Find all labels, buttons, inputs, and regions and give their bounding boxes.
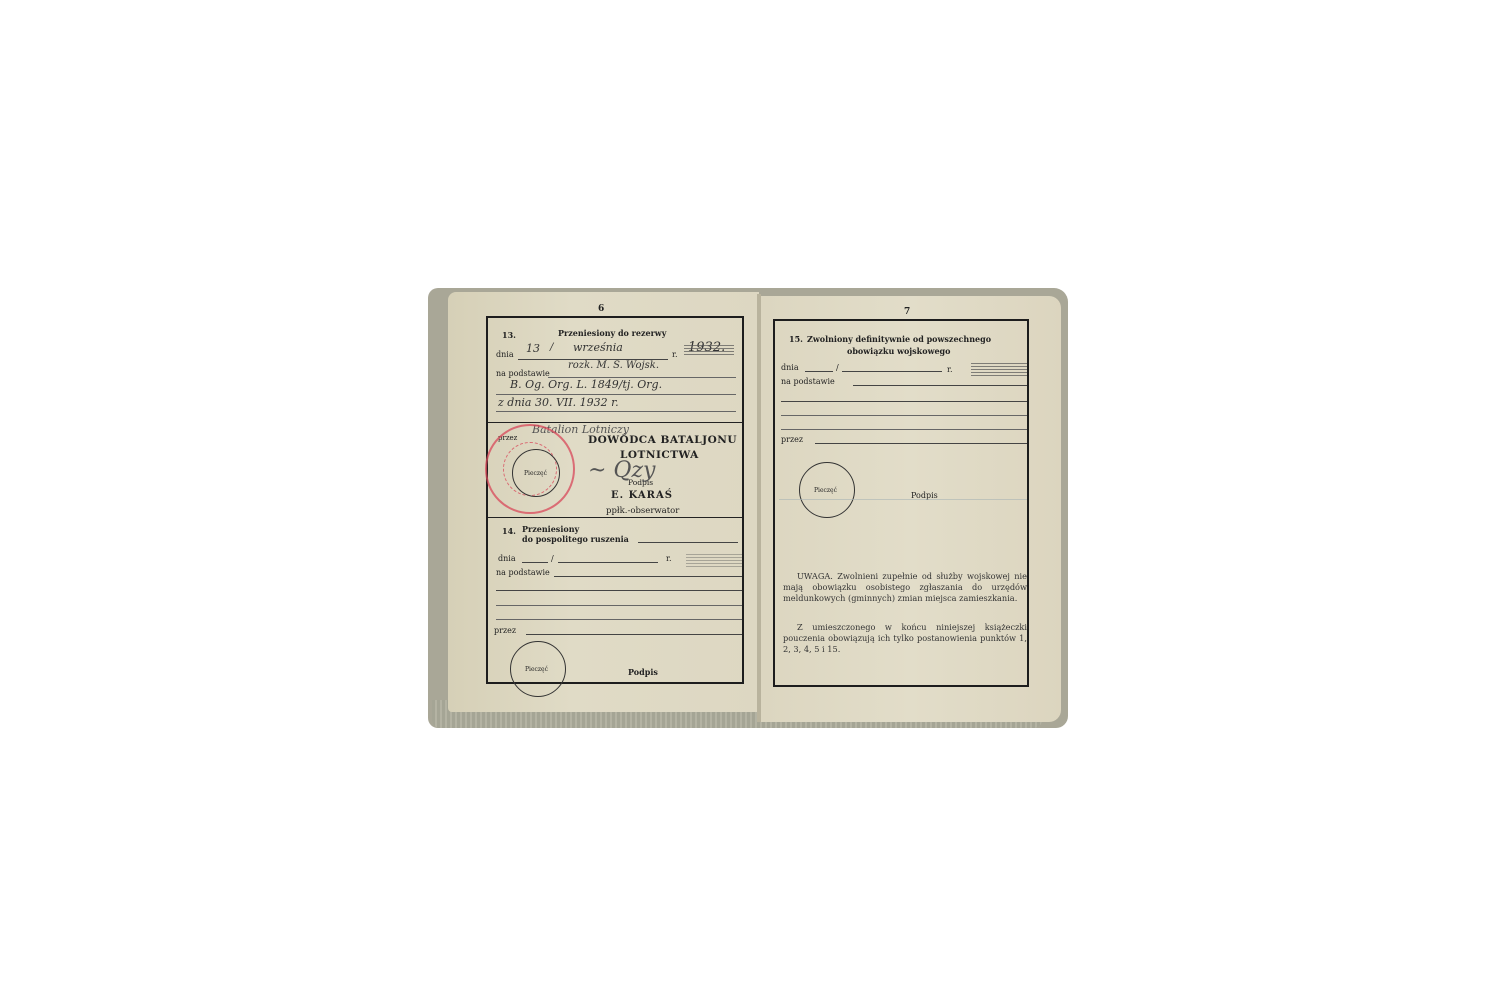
section-14-title-2: do pospolitego ruszenia [522, 534, 629, 544]
przez-label: przez [494, 626, 516, 635]
pieczec-circle: Pieczęć [510, 641, 566, 697]
na-podstawie-label: na podstawie [781, 377, 835, 386]
basis-handwritten-3: z dnia 30. VII. 1932 r. [498, 396, 619, 409]
section-15-title-2: obowiązku wojskowego [847, 346, 950, 356]
year-hatch [971, 363, 1027, 377]
separator: / [550, 342, 553, 353]
day-line [805, 371, 833, 372]
pieczec-circle: Pieczęć [799, 462, 855, 518]
section-15-number: 15. [789, 334, 803, 344]
dnia-label: dnia [498, 554, 516, 563]
basis-line-2 [781, 401, 1027, 402]
section-divider-middle [488, 517, 742, 518]
basis-line-1 [853, 385, 1027, 386]
right-page: 7 15. Zwolniony definitywnie od powszech… [761, 296, 1061, 722]
signer-rank: ppłk.-obserwator [606, 506, 679, 516]
left-page: 6 13. Przeniesiony do rezerwy dnia 13 / … [448, 292, 759, 712]
pieczec-label: Pieczęć [525, 666, 548, 673]
month-line [558, 562, 658, 563]
separator: / [836, 363, 839, 372]
pieczec-label: Pieczęć [814, 487, 837, 494]
title-line [638, 542, 738, 543]
basis-line-2 [496, 590, 742, 591]
year-hatch [686, 554, 742, 568]
section-13-number: 13. [502, 330, 516, 340]
signer-name: E. KARAŚ [611, 490, 673, 501]
section-14-number: 14. [502, 526, 516, 536]
right-page-frame: 15. Zwolniony definitywnie od powszechne… [773, 319, 1029, 687]
day-handwritten: 13 [526, 342, 540, 355]
day-line [522, 562, 548, 563]
na-podstawie-label: na podstawie [496, 369, 550, 378]
left-page-frame: 13. Przeniesiony do rezerwy dnia 13 / wr… [486, 316, 744, 684]
month-handwritten: września [573, 341, 623, 354]
r-label: r. [947, 365, 953, 374]
r-label: r. [672, 350, 678, 359]
dnia-label: dnia [781, 363, 799, 372]
r-label: r. [666, 554, 672, 563]
year-hatch [684, 345, 734, 357]
month-line [842, 371, 942, 372]
section-15-title-1: Zwolniony definitywnie od powszechnego [807, 334, 991, 344]
basis-line-4 [496, 619, 742, 620]
basis-handwritten-2: B. Og. Org. L. 1849/tj. Org. [510, 378, 662, 391]
basis-line-3 [781, 415, 1027, 416]
section-14-title-1: Przeniesiony [522, 524, 579, 534]
przez-line [526, 634, 742, 635]
pieczec-label: Pieczęć [524, 470, 547, 477]
note-paragraph-1: UWAGA. Zwolnieni zupełnie od służby wojs… [783, 571, 1027, 604]
basis-line-3 [496, 411, 736, 412]
handwritten-signature: ~ Qzy [588, 458, 655, 483]
section-13-title: Przeniesiony do rezerwy [558, 328, 666, 338]
dnia-label: dnia [496, 350, 514, 359]
basis-handwritten-1: rozk. M. S. Wojsk. [568, 360, 659, 371]
commander-title-line1: DOWÓDCA BATALJONU [588, 434, 737, 446]
basis-line-4 [781, 429, 1027, 430]
podpis-label: Podpis [628, 667, 658, 677]
przez-line [815, 443, 1027, 444]
page-number: 7 [904, 307, 910, 317]
na-podstawie-label: na podstawie [496, 568, 550, 577]
separator: / [551, 554, 554, 563]
basis-line-1 [554, 576, 742, 577]
przez-label: przez [781, 435, 803, 444]
pieczec-circle: Pieczęć [512, 449, 560, 497]
page-number: 6 [598, 304, 604, 314]
basis-line-3 [496, 605, 742, 606]
faint-bleed-line [779, 499, 1027, 500]
basis-line-2 [496, 394, 736, 395]
note-paragraph-2: Z umieszczonego w końcu niniejszej książ… [783, 622, 1027, 655]
